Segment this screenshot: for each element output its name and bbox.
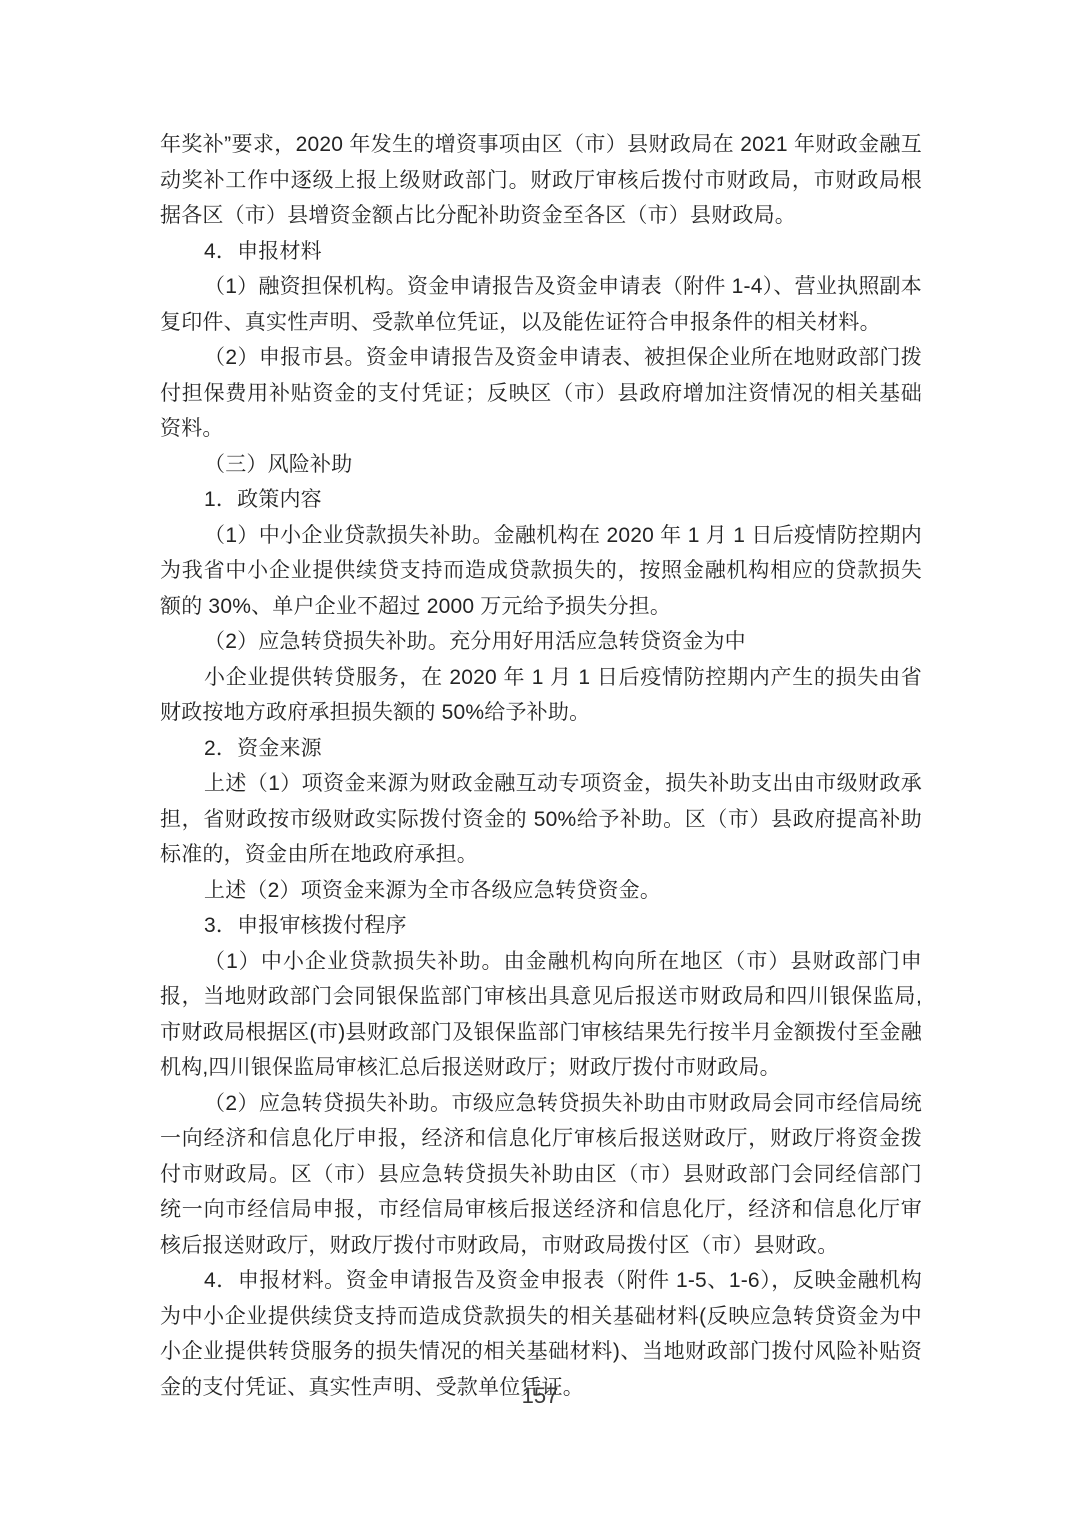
document-page: 年奖补”要求，2020 年发生的增资事项由区（市）县财政局在 2021 年财政金… xyxy=(0,0,1080,1527)
body-paragraph: （1）融资担保机构。资金申请报告及资金申请表（附件 1-4）、营业执照副本复印件… xyxy=(160,269,922,340)
body-paragraph: （1）中小企业贷款损失补助。金融机构在 2020 年 1 月 1 日后疫情防控期… xyxy=(160,518,922,625)
body-paragraph: （2）应急转贷损失补助。市级应急转贷损失补助由市财政局会同市经信局统一向经济和信… xyxy=(160,1086,922,1264)
page-number: 157 xyxy=(0,1383,1080,1409)
body-paragraph: 4．申报材料 xyxy=(160,234,922,270)
body-paragraph: （2）应急转贷损失补助。充分用好用活应急转贷资金为中 xyxy=(160,624,922,660)
body-paragraph: 2．资金来源 xyxy=(160,731,922,767)
body-paragraph: 3．申报审核拨付程序 xyxy=(160,908,922,944)
body-paragraph: 年奖补”要求，2020 年发生的增资事项由区（市）县财政局在 2021 年财政金… xyxy=(160,127,922,234)
body-paragraph: 上述（2）项资金来源为全市各级应急转贷资金。 xyxy=(160,873,922,909)
body-paragraph: （1）中小企业贷款损失补助。由金融机构向所在地区（市）县财政部门申报，当地财政部… xyxy=(160,944,922,1086)
body-paragraph: 小企业提供转贷服务，在 2020 年 1 月 1 日后疫情防控期内产生的损失由省… xyxy=(160,660,922,731)
document-body: 年奖补”要求，2020 年发生的增资事项由区（市）县财政局在 2021 年财政金… xyxy=(160,127,922,1405)
body-paragraph: （2）申报市县。资金申请报告及资金申请表、被担保企业所在地财政部门拨付担保费用补… xyxy=(160,340,922,447)
body-paragraph: 上述（1）项资金来源为财政金融互动专项资金，损失补助支出由市级财政承担，省财政按… xyxy=(160,766,922,873)
body-paragraph: （三）风险补助 xyxy=(160,447,922,483)
body-paragraph: 1．政策内容 xyxy=(160,482,922,518)
